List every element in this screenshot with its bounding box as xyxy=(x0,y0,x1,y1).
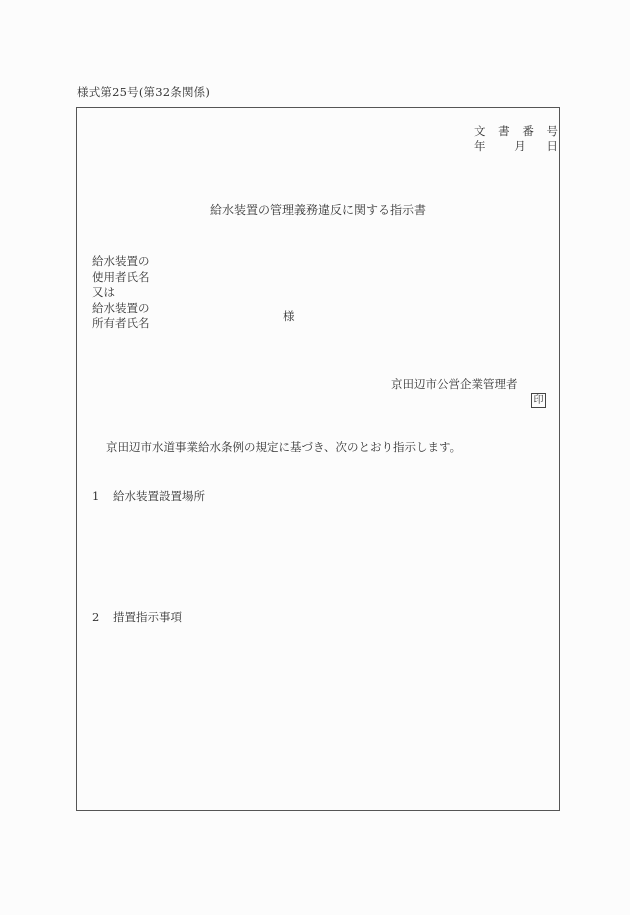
section-label: 給水装置設置場所 xyxy=(113,489,205,503)
day-label: 日 xyxy=(547,139,559,154)
month-label: 月 xyxy=(514,139,526,154)
document-title: 給水装置の管理義務違反に関する指示書 xyxy=(77,201,559,218)
date-row: 年 月 日 xyxy=(474,139,558,154)
honorific: 様 xyxy=(283,308,295,324)
doc-number-char: 番 xyxy=(522,124,534,139)
section-label: 措置指示事項 xyxy=(113,610,182,624)
section-instructions: 2措置指示事項 xyxy=(92,609,182,625)
year-label: 年 xyxy=(474,139,486,154)
doc-number-char: 文 xyxy=(474,124,486,139)
section-number: 1 xyxy=(92,489,113,503)
section-installation-location: 1給水装置設置場所 xyxy=(92,488,205,504)
recipient-line: 使用者氏名 xyxy=(92,270,150,286)
section-number: 2 xyxy=(92,610,113,624)
doc-number-char: 号 xyxy=(546,124,558,139)
recipient-line: 給水装置の xyxy=(92,254,150,270)
recipient-line: 又は xyxy=(92,285,150,301)
doc-number-char: 書 xyxy=(498,124,510,139)
document-number-row: 文 書 番 号 xyxy=(474,124,558,139)
body-text: 京田辺市水道事業給水条例の規定に基づき、次のとおり指示します。 xyxy=(106,439,461,455)
recipient-line: 給水装置の xyxy=(92,301,150,317)
issuer-name: 京田辺市公営企業管理者 xyxy=(391,376,518,392)
document-number-date: 文 書 番 号 年 月 日 xyxy=(474,124,558,154)
recipient-label: 給水装置の 使用者氏名 又は 給水装置の 所有者氏名 xyxy=(92,254,150,332)
document-frame: 文 書 番 号 年 月 日 給水装置の管理義務違反に関する指示書 給水装置の 使… xyxy=(76,107,560,811)
seal-mark: 印 xyxy=(531,393,546,408)
recipient-line: 所有者氏名 xyxy=(92,316,150,332)
form-id: 様式第25号(第32条関係) xyxy=(77,84,210,100)
